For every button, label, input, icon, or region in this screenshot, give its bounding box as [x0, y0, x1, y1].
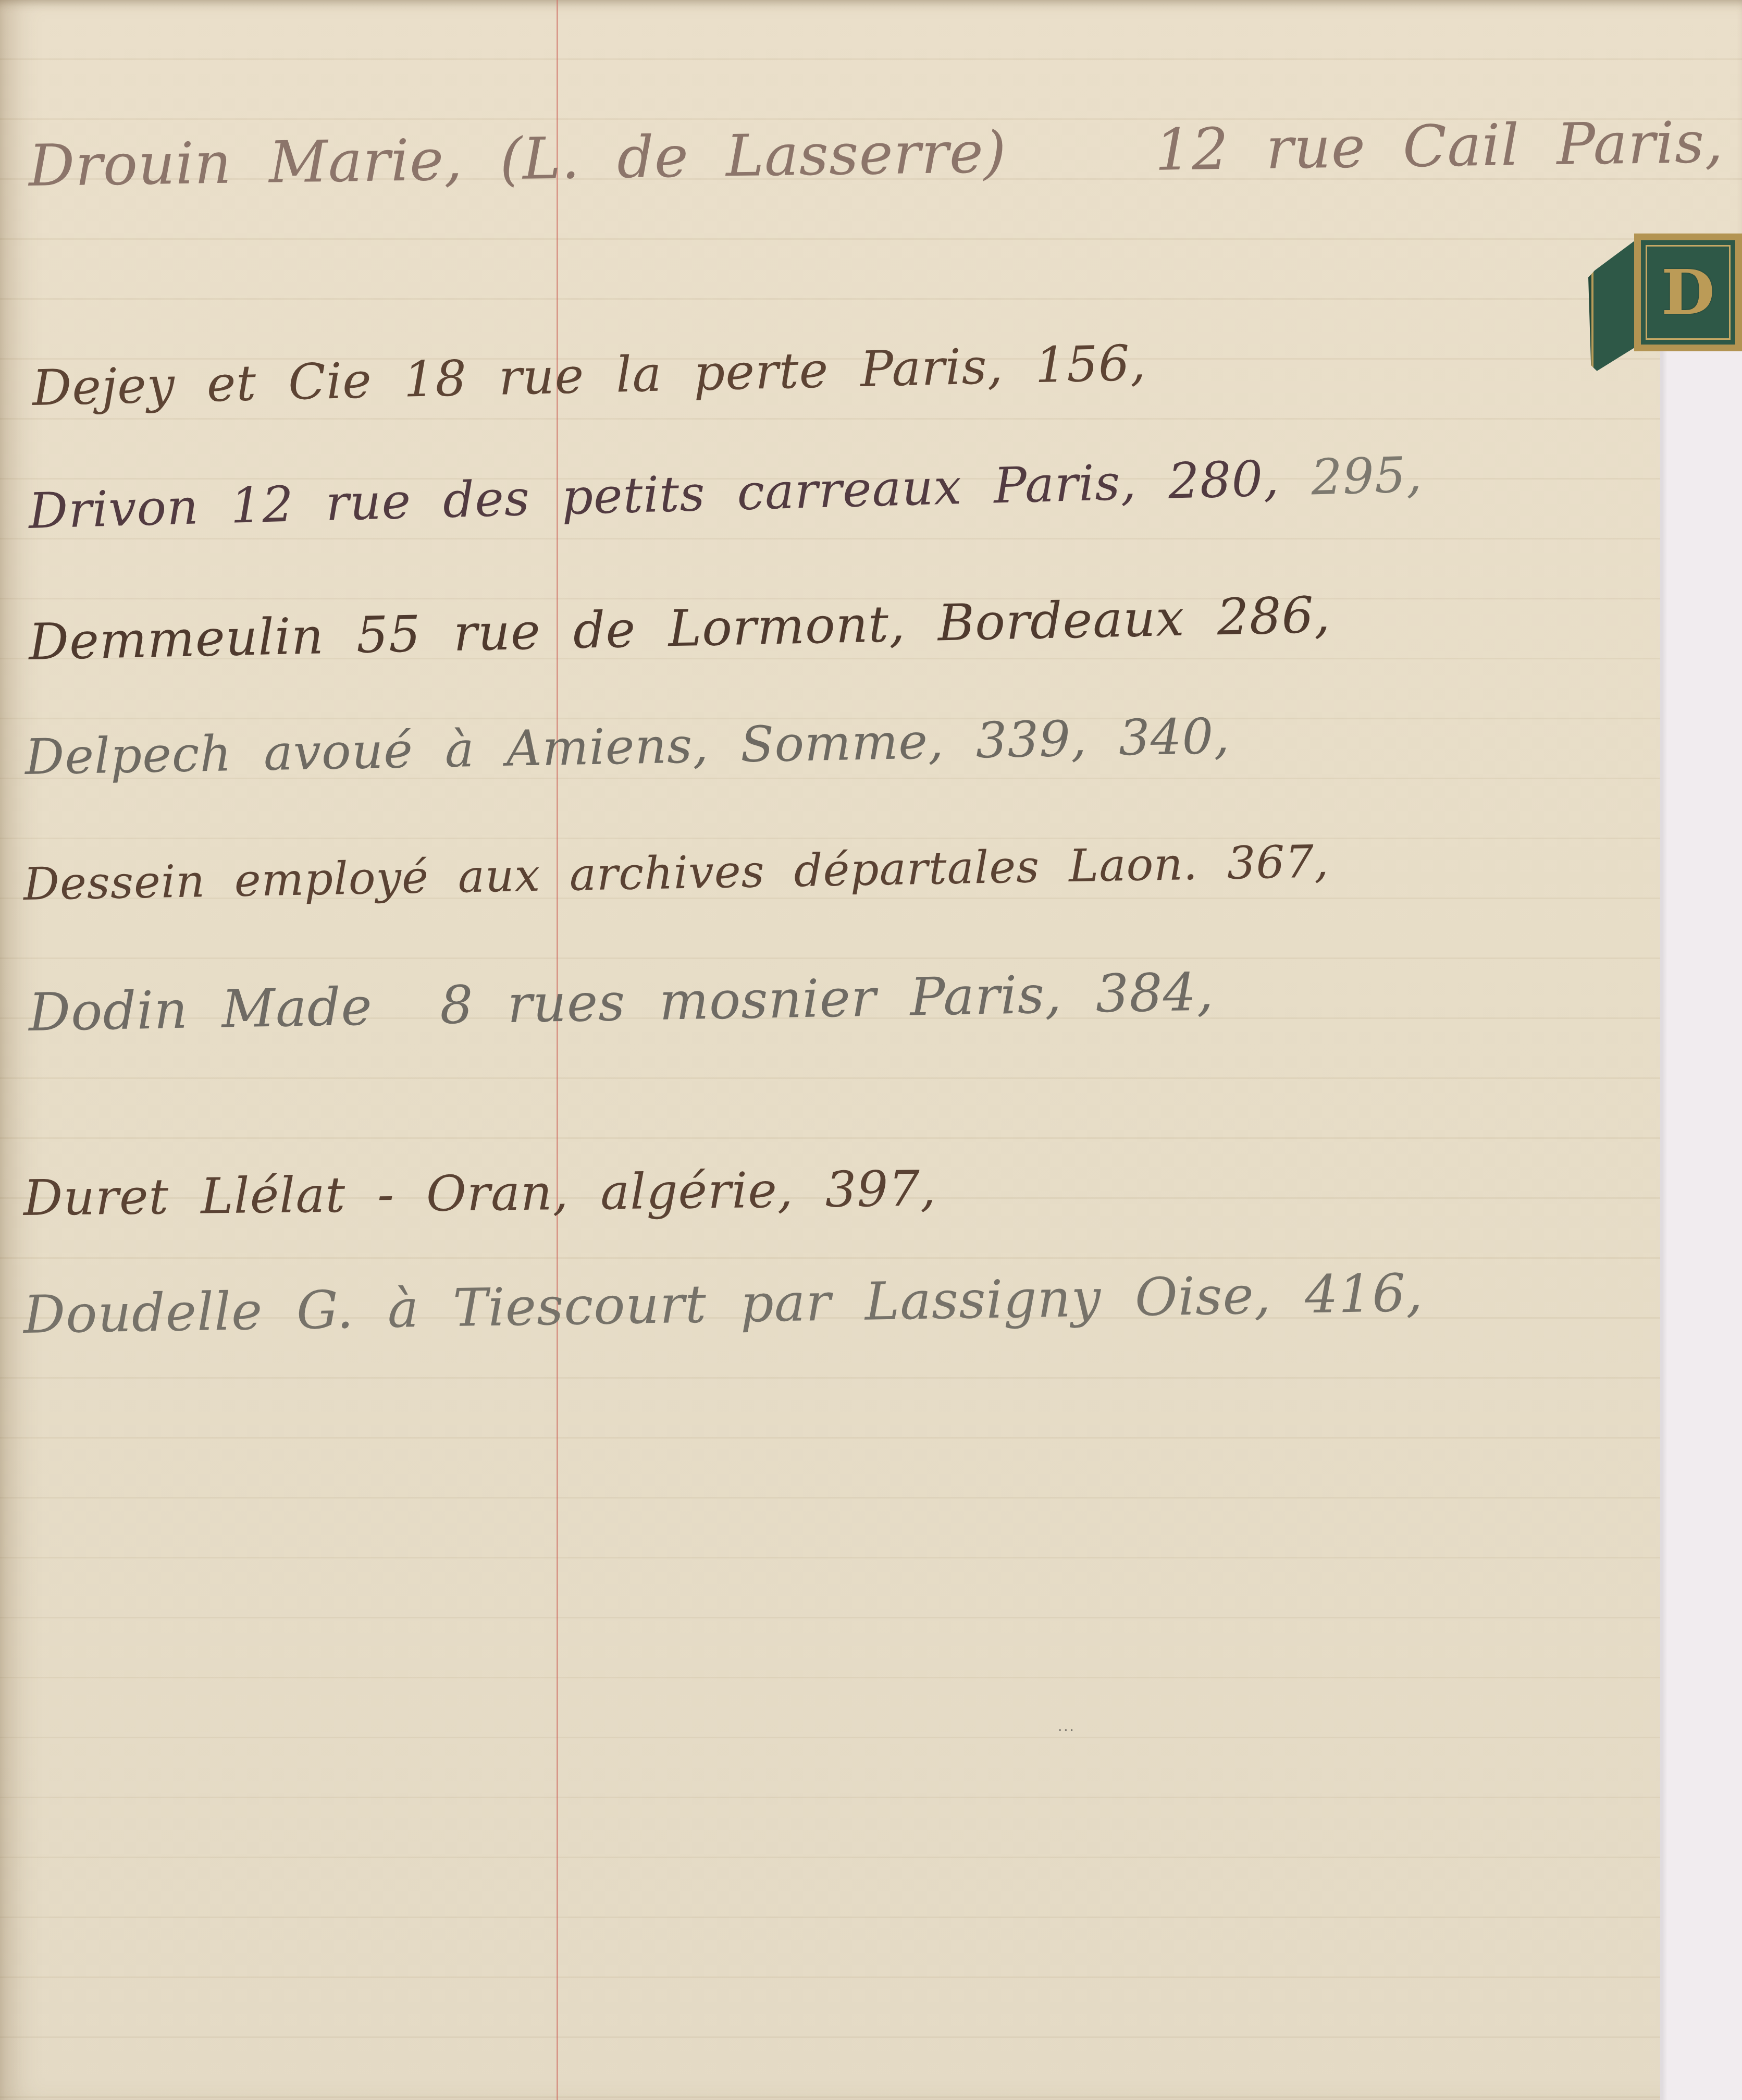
index-entry: Delpech avoué à Amiens, Somme, 339, 340, — [24, 710, 1230, 785]
index-entry: Dejey et Cie 18 rue la perte Paris, 156, — [32, 337, 1147, 416]
entry-ink-text: Drouin Marie, (L. de Lasserre) 12 rue Ca… — [28, 107, 1742, 199]
index-tab-letter: D — [1661, 262, 1714, 323]
entry-ink-text: Duret Llélat - Oran, algérie, 397, — [23, 1161, 936, 1227]
entry-ink-text: Dodin Made 8 rues mosnier Paris, 384, — [28, 961, 1214, 1043]
entry-ink-text: Delpech avoué à Amiens, Somme, 339, 340, — [24, 708, 1230, 786]
entry-ink-text: Doudelle G. à Tiescourt par Lassigny Ois… — [23, 1262, 1424, 1345]
next-page-edge — [1660, 336, 1742, 2100]
entry-ink-text: Drivon 12 rue des petits carreaux Paris,… — [28, 450, 1312, 540]
pencil-speck: ... — [1058, 1724, 1071, 1729]
index-entry: Dessein employé aux archives départales … — [23, 837, 1329, 909]
index-entry: Doudelle G. à Tiescourt par Lassigny Ois… — [23, 1264, 1423, 1344]
index-entry: Dodin Made 8 rues mosnier Paris, 384, — [28, 963, 1214, 1041]
index-entry: Demmeulin 55 rue de Lormont, Bordeaux 28… — [28, 588, 1331, 670]
entry-ink-text: Dejey et Cie 18 rue la perte Paris, 156, — [32, 335, 1147, 417]
index-tab: D — [1634, 234, 1742, 351]
index-entry: Drivon 12 rue des petits carreaux Paris,… — [28, 448, 1423, 538]
index-tab-border: D — [1646, 245, 1731, 340]
entry-ink-text: Demmeulin 55 rue de Lormont, Bordeaux 28… — [28, 586, 1331, 671]
index-entry: Duret Llélat - Oran, algérie, 397, — [23, 1162, 936, 1226]
entry-ink-text: Dessein employé aux archives départales … — [23, 836, 1329, 911]
entry-pencil-text: 295, — [1311, 447, 1423, 507]
red-margin-line — [557, 0, 558, 2100]
index-entry: Drouin Marie, (L. de Lasserre) 12 rue Ca… — [28, 109, 1742, 198]
ledger-page: D Drouin Marie, (L. de Lasserre) 12 rue … — [0, 0, 1742, 2100]
